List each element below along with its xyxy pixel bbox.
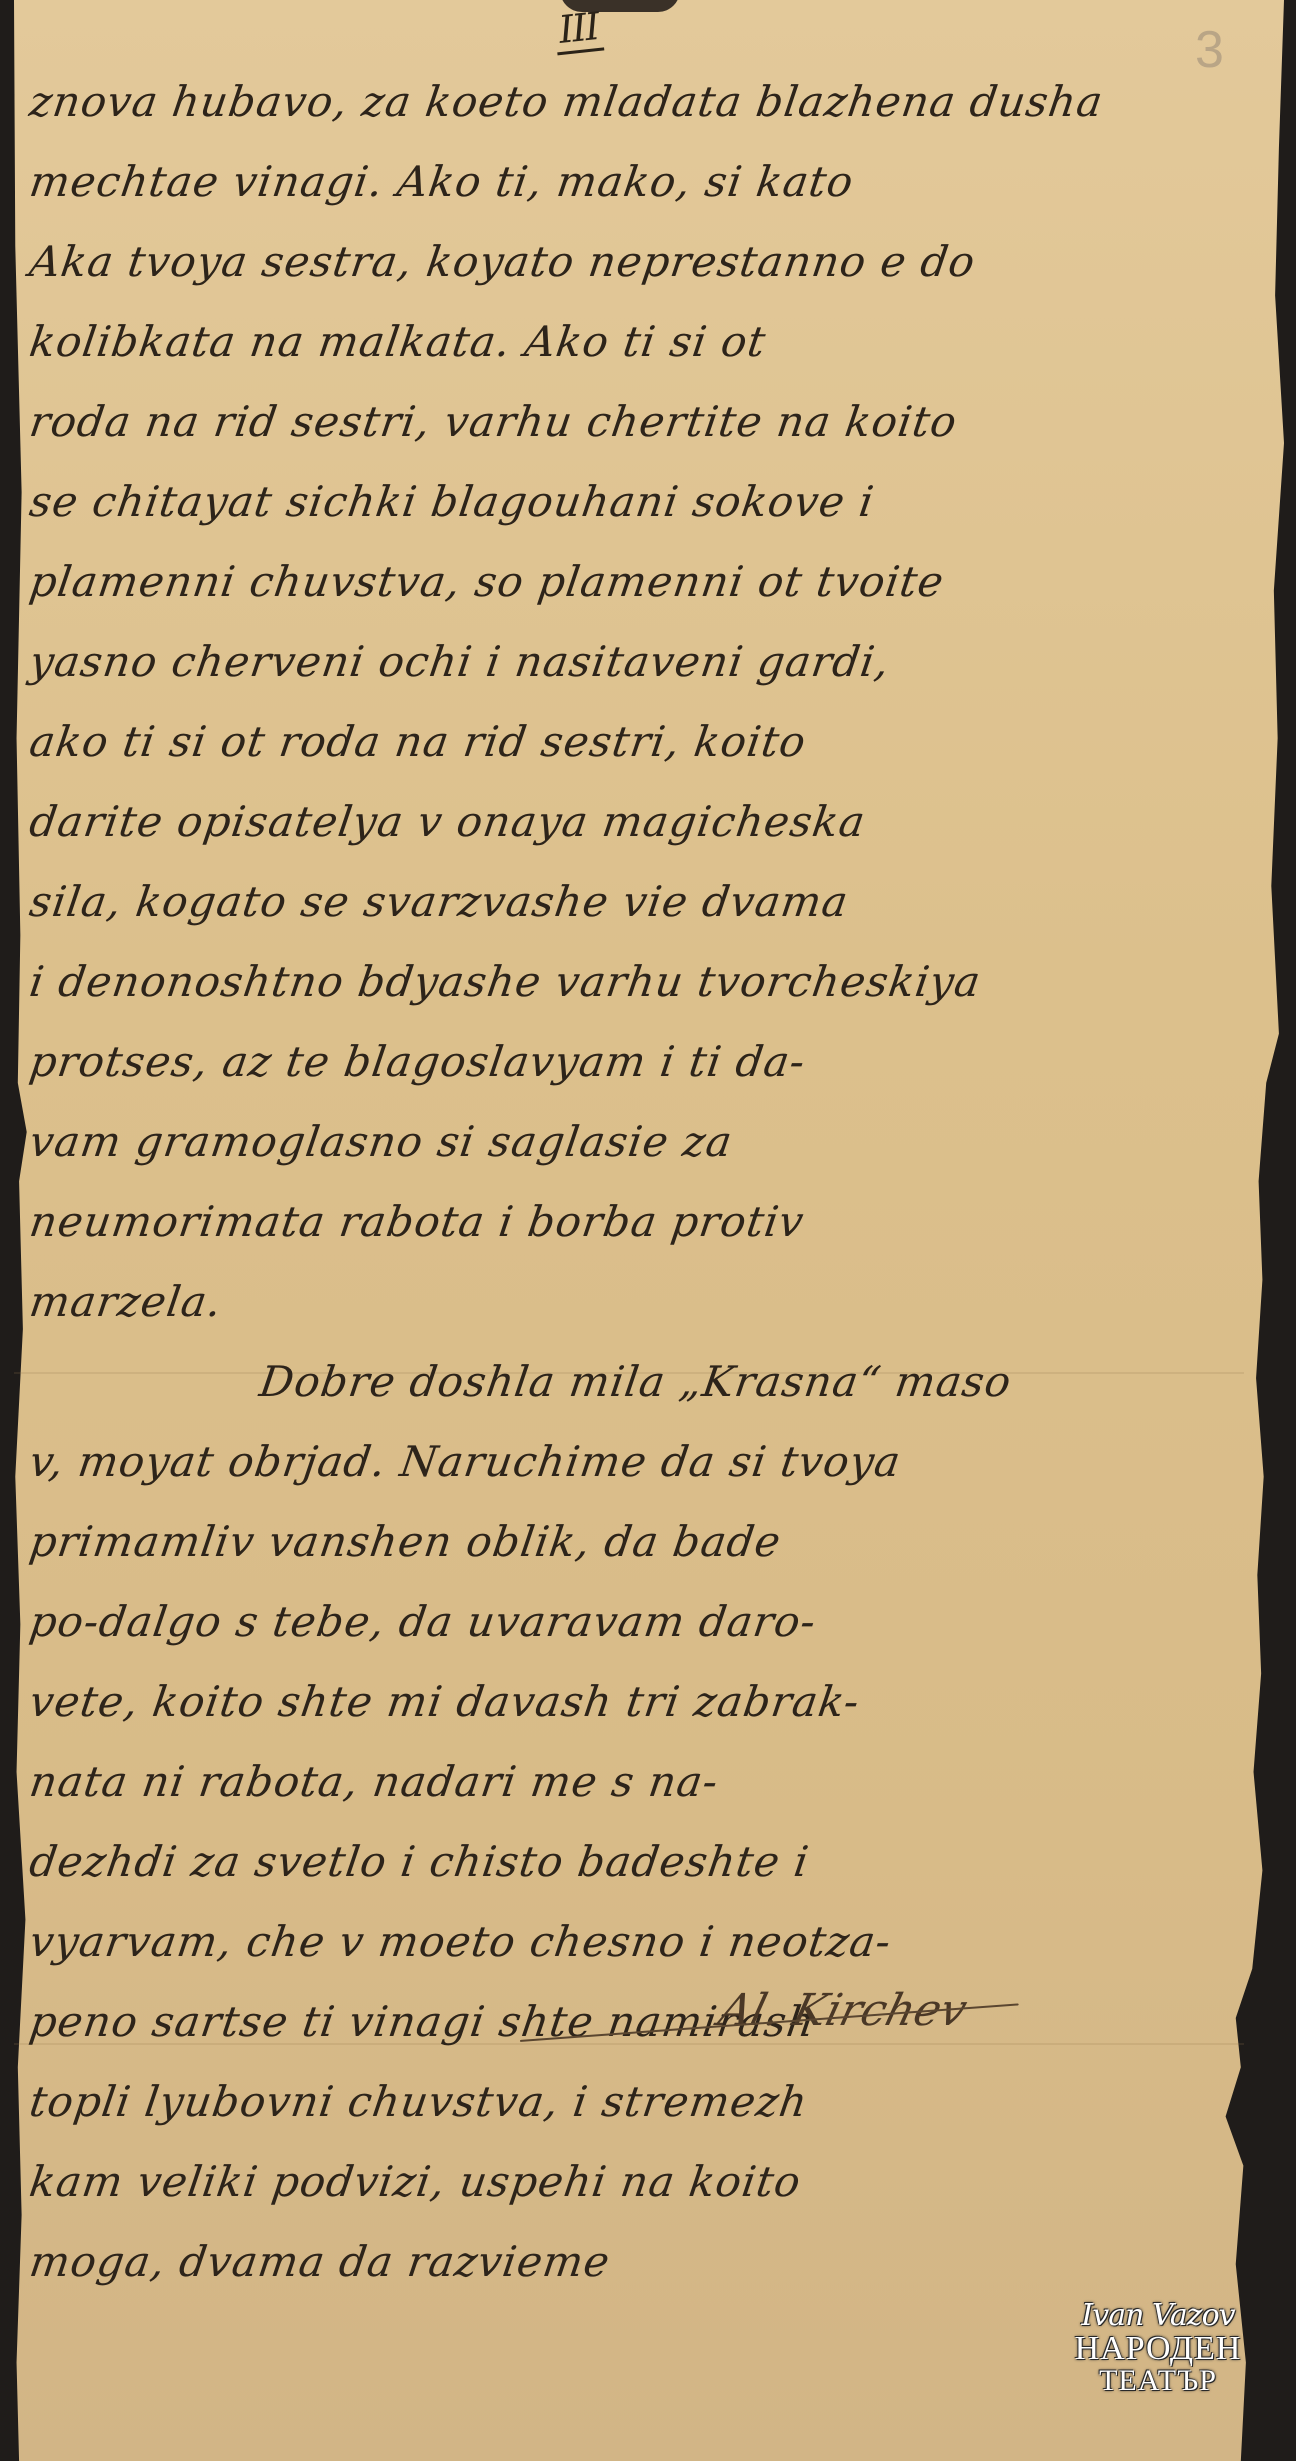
handwritten-line: vyarvam, che v moeto chesno i neotza- [24, 1902, 1265, 1982]
handwritten-line: znova hubavo, za koeto mladata blazhena … [24, 62, 1265, 142]
handwritten-line: neumorimata rabota i borba protiv [24, 1182, 1265, 1262]
letter-body: znova hubavo, za koeto mladata blazhena … [30, 62, 1260, 2302]
section-mark: III [553, 4, 605, 56]
handwritten-line: protses, az te blagoslavyam i ti da- [24, 1022, 1265, 1102]
handwritten-line: Aka tvoya sestra, koyato neprestanno e d… [24, 222, 1265, 302]
logo-line-1: НАРОДЕН [1068, 2332, 1248, 2366]
handwritten-line: po-dalgo s tebe, da uvaravam daro- [24, 1582, 1265, 1662]
handwritten-line: kam veliki podvizi, uspehi na koito [24, 2142, 1265, 2222]
handwritten-line: se chitayat sichki blagouhani sokove i [24, 462, 1265, 542]
handwritten-line: marzela. [24, 1262, 1265, 1342]
handwritten-line: darite opisatelya v onaya magicheska [24, 782, 1265, 862]
handwritten-line: vete, koito shte mi davash tri zabrak- [24, 1662, 1265, 1742]
handwritten-line: peno sartse ti vinagi shte namirash [24, 1982, 1265, 2062]
handwritten-line: nata ni rabota, nadari me s na- [24, 1742, 1265, 1822]
handwritten-line: i denonoshtno bdyashe varhu tvorcheskiya [24, 942, 1265, 1022]
handwritten-line: sila, kogato se svarzvashe vie dvama [24, 862, 1265, 942]
handwritten-line: kolibkata na malkata. Ako ti si ot [24, 302, 1265, 382]
logo-script-name: Ivan Vazov [1068, 2300, 1248, 2332]
handwritten-line-paragraph-start: Dobre doshla mila „Krasna“ maso [24, 1342, 1265, 1422]
handwritten-line: ako ti si ot roda na rid sestri, koito [24, 702, 1265, 782]
logo-line-2: ТЕАТЪР [1068, 2366, 1248, 2396]
handwritten-line: primamliv vanshen oblik, da bade [24, 1502, 1265, 1582]
handwritten-line: moga, dvama da razvieme [24, 2222, 1265, 2302]
handwritten-line: v, moyat obrjad. Naruchime da si tvoya [24, 1422, 1265, 1502]
handwritten-line: plamenni chuvstva, so plamenni ot tvoite [24, 542, 1265, 622]
handwritten-line: yasno cherveni ochi i nasitaveni gardi, [24, 622, 1265, 702]
handwritten-line: mechtae vinagi. Ako ti, mako, si kato [24, 142, 1265, 222]
handwritten-line: vam gramoglasno si saglasie za [24, 1102, 1265, 1182]
national-theatre-watermark-logo: Ivan Vazov НАРОДЕН ТЕАТЪР [1068, 2300, 1248, 2396]
handwritten-line: topli lyubovni chuvstva, i stremezh [24, 2062, 1265, 2142]
handwritten-line: dezhdi za svetlo i chisto badeshte i [24, 1822, 1265, 1902]
handwritten-line: roda na rid sestri, varhu chertite na ko… [24, 382, 1265, 462]
